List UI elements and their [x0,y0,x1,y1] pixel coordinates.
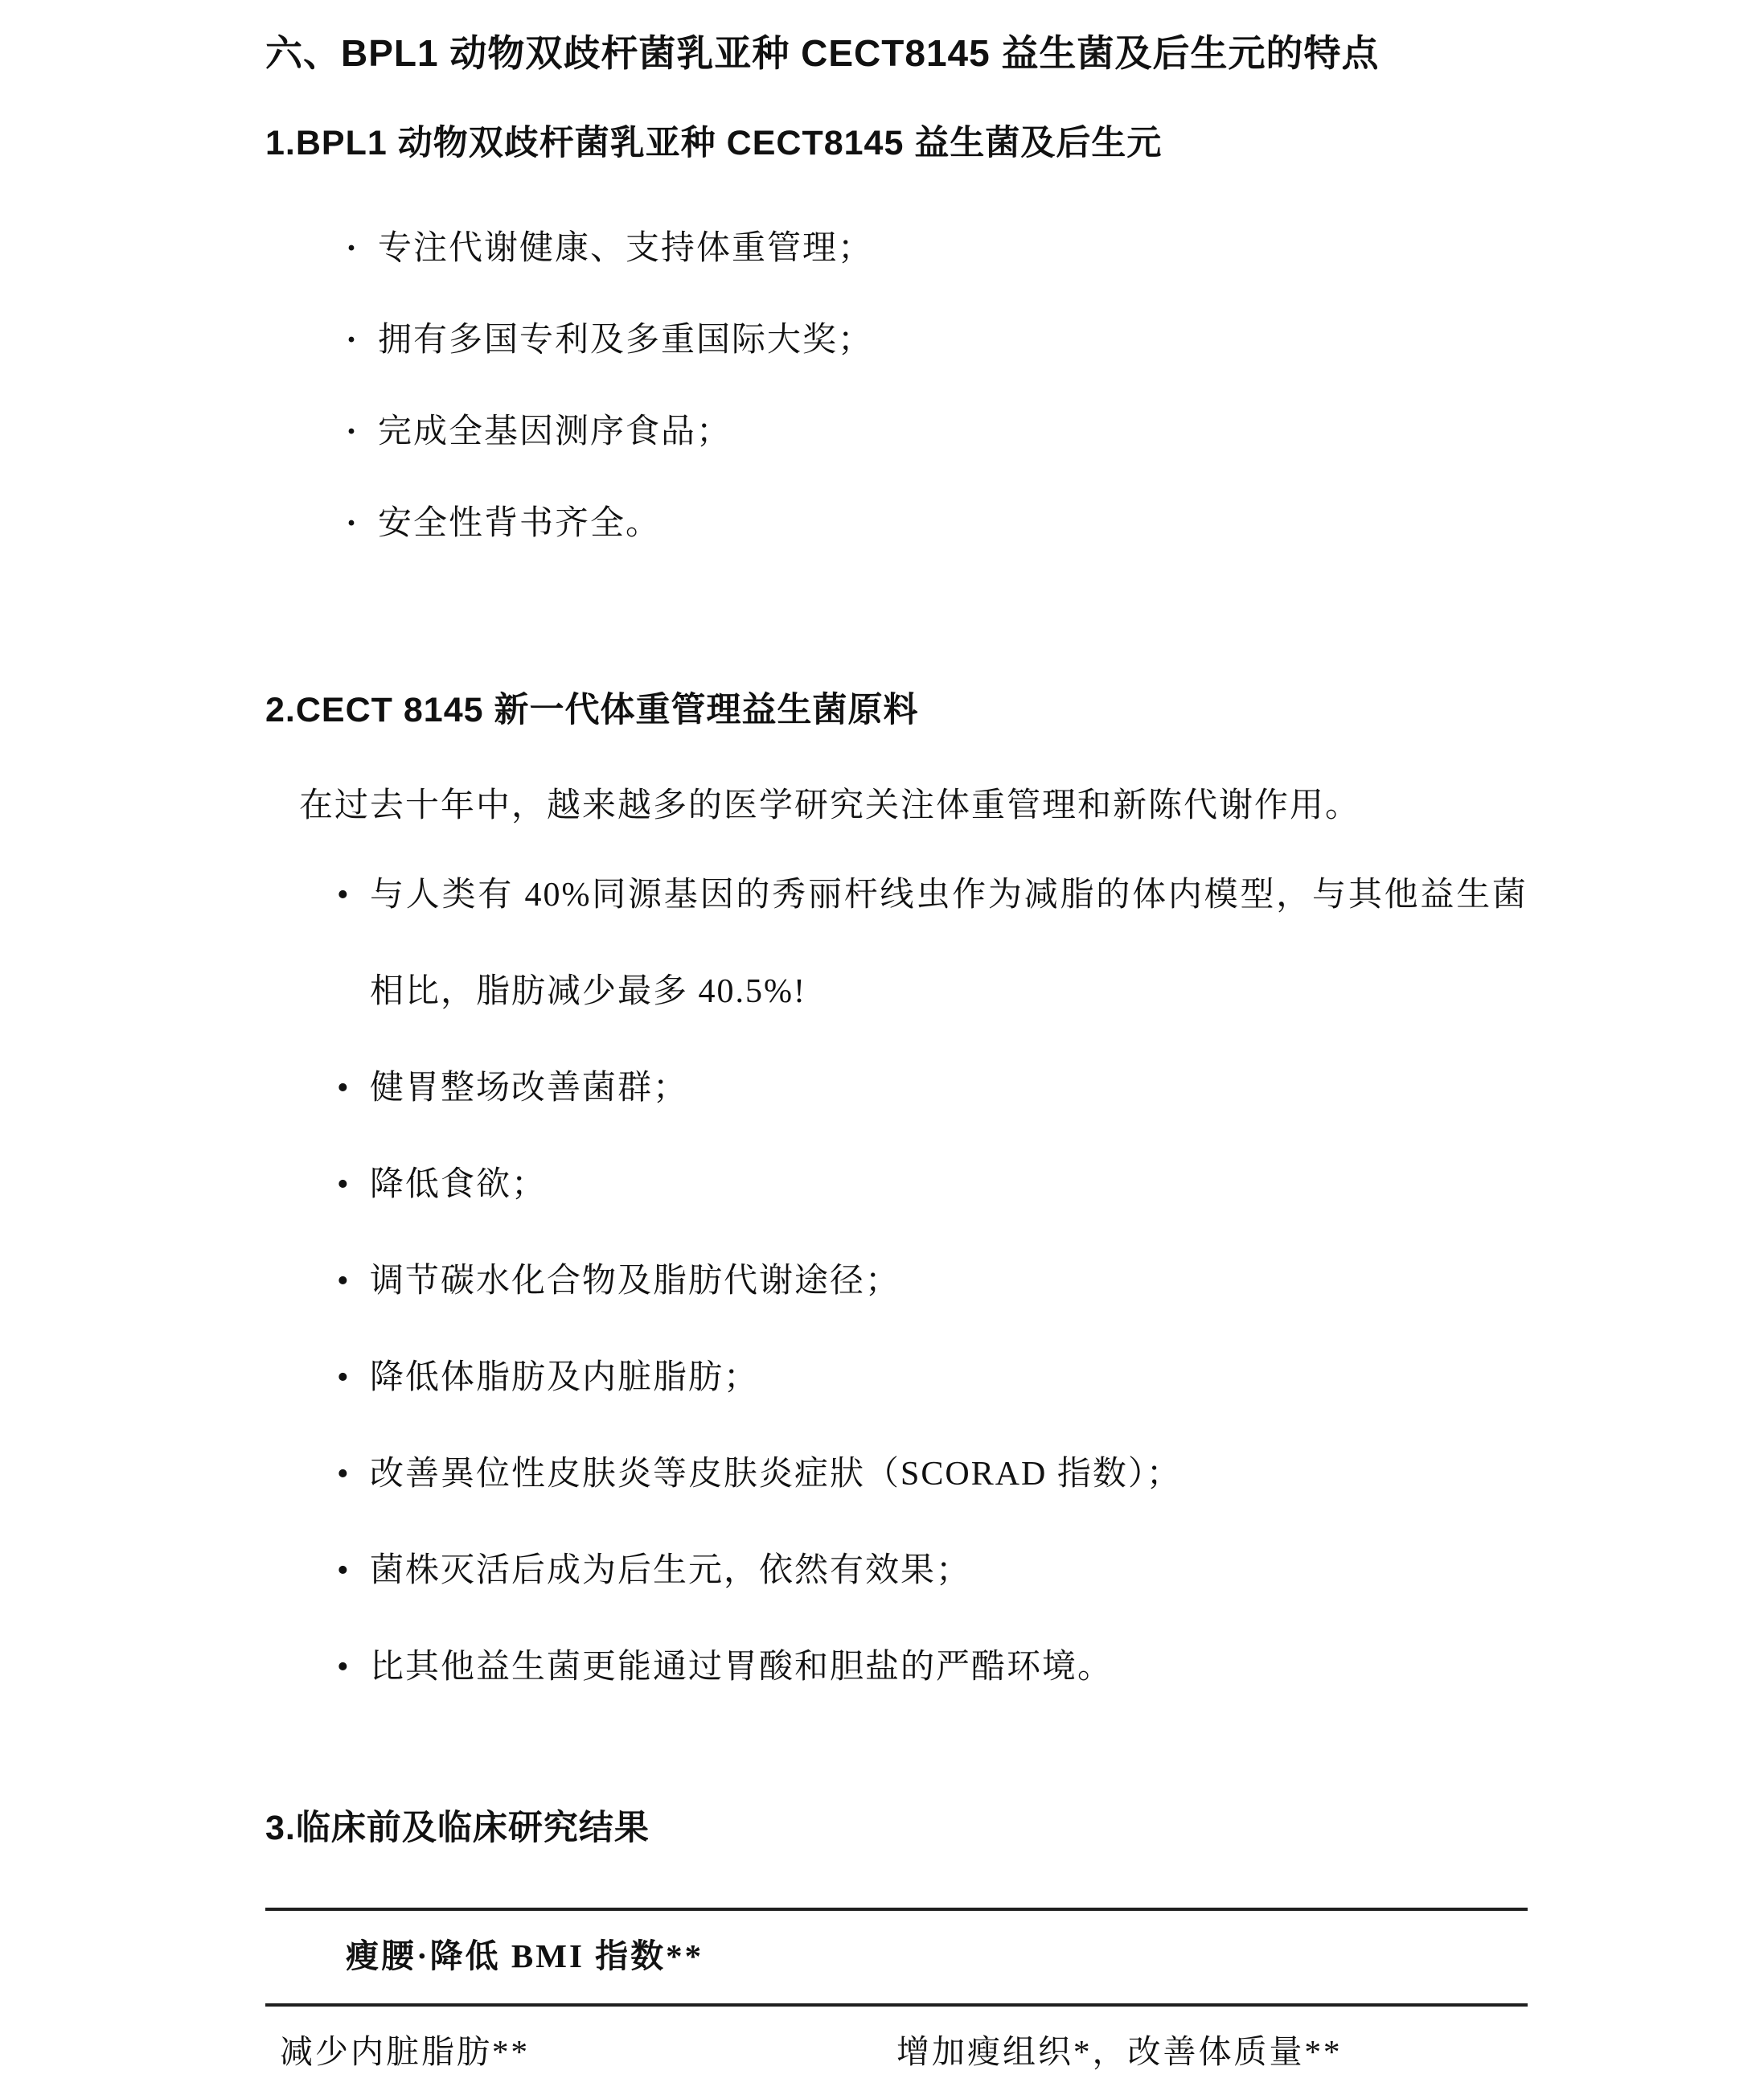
list-item-text: 降低食欲； [370,1136,1528,1233]
section2-bullet-list: • 与人类有 40%同源基因的秀丽杆线虫作为减脂的体内模型，与其他益生菌相比，脂… [265,847,1528,1715]
list-item-text: 比其他益生菌更能通过胃酸和胆盐的严酷环境。 [370,1619,1528,1715]
list-item: · 完成全基因测序食品； [346,413,1528,450]
bullet-dot-icon: • [337,1329,370,1426]
list-item-text: 完成全基因测序食品； [378,413,1528,450]
bullet-dot-icon: · [346,322,378,359]
list-item: · 拥有多国专利及多重国际大奖； [346,322,1528,359]
bullet-dot-icon: • [337,1136,370,1233]
list-item: • 降低体脂肪及内脏脂肪； [337,1329,1528,1426]
list-item-text: 健胃整场改善菌群； [370,1040,1528,1136]
section3-heading: 3.临床前及临床研究结果 [265,1805,1528,1851]
list-item-text: 菌株灭活后成为后生元，依然有效果； [370,1522,1528,1619]
list-item: • 菌株灭活后成为后生元，依然有效果； [337,1522,1528,1619]
bullet-dot-icon: • [337,1040,370,1136]
list-item-text: 改善異位性皮肤炎等皮肤炎症狀（SCORAD 指数）； [370,1426,1528,1522]
list-item: • 健胃整场改善菌群； [337,1040,1528,1136]
bullet-dot-icon: • [337,1233,370,1329]
bullet-dot-icon: · [346,413,378,450]
bullet-dot-icon: • [337,1619,370,1715]
bullet-dot-icon: · [346,230,378,267]
list-item: • 改善異位性皮肤炎等皮肤炎症狀（SCORAD 指数）； [337,1426,1528,1522]
bullet-dot-icon: · [346,505,378,542]
bullet-dot-icon: • [337,847,370,943]
bullet-dot-icon: • [337,1426,370,1522]
bullet-dot-icon: • [337,1522,370,1619]
list-item: • 与人类有 40%同源基因的秀丽杆线虫作为减脂的体内模型，与其他益生菌相比，脂… [337,847,1528,1040]
table-cell-right: 增加瘦组织*，改善体质量** [896,2005,1528,2071]
list-item-text: 调节碳水化合物及脂肪代谢途径； [370,1233,1528,1329]
list-item: • 调节碳水化合物及脂肪代谢途径； [337,1233,1528,1329]
document-page: 六、BPL1 动物双歧杆菌乳亚种 CECT8145 益生菌及后生元的特点 1.B… [0,0,1764,2091]
clinical-results-table: 瘦腰·降低 BMI 指数** 减少内脏脂肪** 增加瘦组织*，改善体质量** [265,1908,1528,2071]
document-title: 六、BPL1 动物双歧杆菌乳亚种 CECT8145 益生菌及后生元的特点 [265,29,1528,77]
section1-heading: 1.BPL1 动物双歧杆菌乳亚种 CECT8145 益生菌及后生元 [265,121,1528,166]
list-item: • 比其他益生菌更能通过胃酸和胆盐的严酷环境。 [337,1619,1528,1715]
list-item: • 降低食欲； [337,1136,1528,1233]
list-item-text: 安全性背书齐全。 [378,505,1528,542]
table-header-cell: 瘦腰·降低 BMI 指数** [265,1909,1528,2005]
table-row: 减少内脏脂肪** 增加瘦组织*，改善体质量** [265,2005,1528,2071]
list-item-text: 专注代谢健康、支持体重管理； [378,230,1528,267]
table-cell-left: 减少内脏脂肪** [265,2005,896,2071]
list-item-text: 与人类有 40%同源基因的秀丽杆线虫作为减脂的体内模型，与其他益生菌相比，脂肪减… [370,847,1528,1040]
section2-heading: 2.CECT 8145 新一代体重管理益生菌原料 [265,688,1528,733]
section1-bullet-list: · 专注代谢健康、支持体重管理； · 拥有多国专利及多重国际大奖； · 完成全基… [265,230,1528,542]
list-item: · 安全性背书齐全。 [346,505,1528,542]
list-item: · 专注代谢健康、支持体重管理； [346,230,1528,267]
list-item-text: 降低体脂肪及内脏脂肪； [370,1329,1528,1426]
section2-intro-paragraph: 在过去十年中，越来越多的医学研究关注体重管理和新陈代谢作用。 [299,786,1528,826]
list-item-text: 拥有多国专利及多重国际大奖； [378,322,1528,359]
table-header-row: 瘦腰·降低 BMI 指数** [265,1909,1528,2005]
